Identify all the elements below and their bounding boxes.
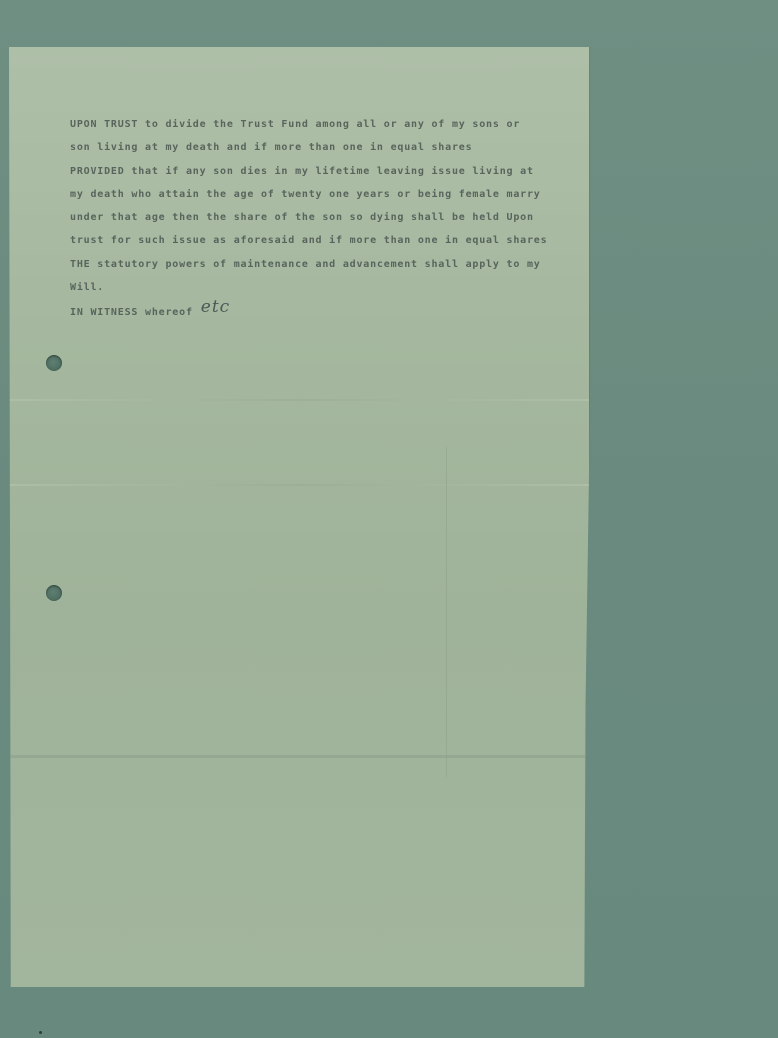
typed-will-text: UPON TRUST to divide the Trust Fund amon…	[70, 113, 590, 325]
text-line: Will.	[70, 276, 590, 299]
text-line: PROVIDED that if any son dies in my life…	[70, 160, 590, 183]
document-page: UPON TRUST to divide the Trust Fund amon…	[9, 47, 589, 987]
fold-line	[9, 484, 589, 486]
in-witness-text: IN WITNESS whereof	[70, 307, 193, 318]
text-line: son living at my death and if more than …	[70, 136, 590, 159]
text-line: my death who attain the age of twenty on…	[70, 183, 590, 206]
handwritten-note: etc	[201, 297, 230, 317]
fold-line	[9, 399, 589, 401]
punch-hole	[46, 355, 62, 371]
crease-line	[446, 447, 447, 777]
fold-line	[9, 755, 589, 758]
text-line: THE statutory powers of maintenance and …	[70, 253, 590, 276]
closing-line: IN WITNESS whereofetc	[70, 299, 590, 324]
punch-hole	[46, 585, 62, 601]
text-line: trust for such issue as aforesaid and if…	[70, 229, 590, 252]
dust-speck	[39, 1031, 42, 1034]
text-line: UPON TRUST to divide the Trust Fund amon…	[70, 113, 590, 136]
text-line: under that age then the share of the son…	[70, 206, 590, 229]
